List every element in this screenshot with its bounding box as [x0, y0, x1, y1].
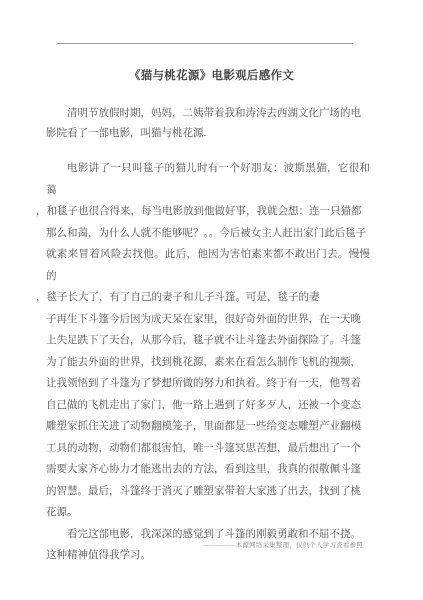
- essay-body: 清明节放假时期，妈妈，二姨带着我和涛涛去西湖文化广场的电 影院看了一部电影，叫猫…: [46, 104, 370, 567]
- text-line: 上失足跌下了天台，从那今后，毯子就不让斗篷去外面探险了。斗篷: [46, 330, 370, 352]
- text-line: 影院看了一部电影，叫猫与桃花源.: [46, 124, 370, 144]
- text-line: 子再生下斗篷今后因为成天呆在家里，很好奇外面的世界，在一天晚: [46, 309, 370, 331]
- text-line: 就素来冒着风险去找他。此后，他因为害怕素来都不敢出门去。慢慢的: [46, 244, 370, 287]
- text-line: 那么和蔼，为什么人就不能够呢？。。今后被女主人赶出家门此后毯子: [46, 223, 370, 245]
- text-line: 让我领悟到了斗篷为了梦想所做的努力和执着。终于有一天，他驾着: [46, 373, 370, 395]
- text-line: 电影讲了一只叫毯子的猫儿时有一个好朋友：波斯黑猫，它很和蔼: [46, 158, 370, 201]
- text-line: 为了能去外面的世界，找到桃花源，素来在看怎么制作飞机的视频，: [46, 352, 370, 374]
- text-line: 的智慧。最后，斗篷终于消灭了雕塑家带着大家逃了出去，找到了桃: [46, 481, 370, 503]
- text-line: 需要大家齐心协力才能逃出去的方法，看到这里，我真的很敬佩斗篷: [46, 459, 370, 481]
- text-line: ，毯子长大了，有了自己的妻子和儿子斗篷。可是，毯子的妻: [36, 287, 370, 309]
- paragraph: 电影讲了一只叫毯子的猫儿时有一个好朋友：波斯黑猫，它很和蔼 ，和毯子也很合得来，…: [46, 158, 370, 524]
- text-line: 清明节放假时期，妈妈，二姨带着我和涛涛去西湖文化广场的电: [46, 104, 370, 124]
- text-line: 雕塑家抓住关进了动物翻模笼子，里面都是一些给变态雕塑产业翻模: [46, 416, 370, 438]
- text-line: 花源。: [46, 502, 370, 524]
- paragraph: 清明节放假时期，妈妈，二姨带着我和涛涛去西湖文化广场的电 影院看了一部电影，叫猫…: [46, 104, 370, 144]
- essay-title: 《猫与桃花源》电影观后感作文: [0, 67, 423, 83]
- footer-note: —————本源网络采集整理，仅供个人学习查看参照: [202, 540, 363, 549]
- text-line: 工具的动物，动物们都很害怕，唯一斗篷冥思苦想，最后想出了一个: [46, 438, 370, 460]
- header-divider: [57, 43, 353, 44]
- text-line: ，和毯子也很合得来，每当电影放到他做好事，我就会想：连一只猫都: [36, 201, 370, 223]
- text-line: 自己做的飞机走出了家门，他一路上遇到了好多歹人，还被一个变态: [46, 395, 370, 417]
